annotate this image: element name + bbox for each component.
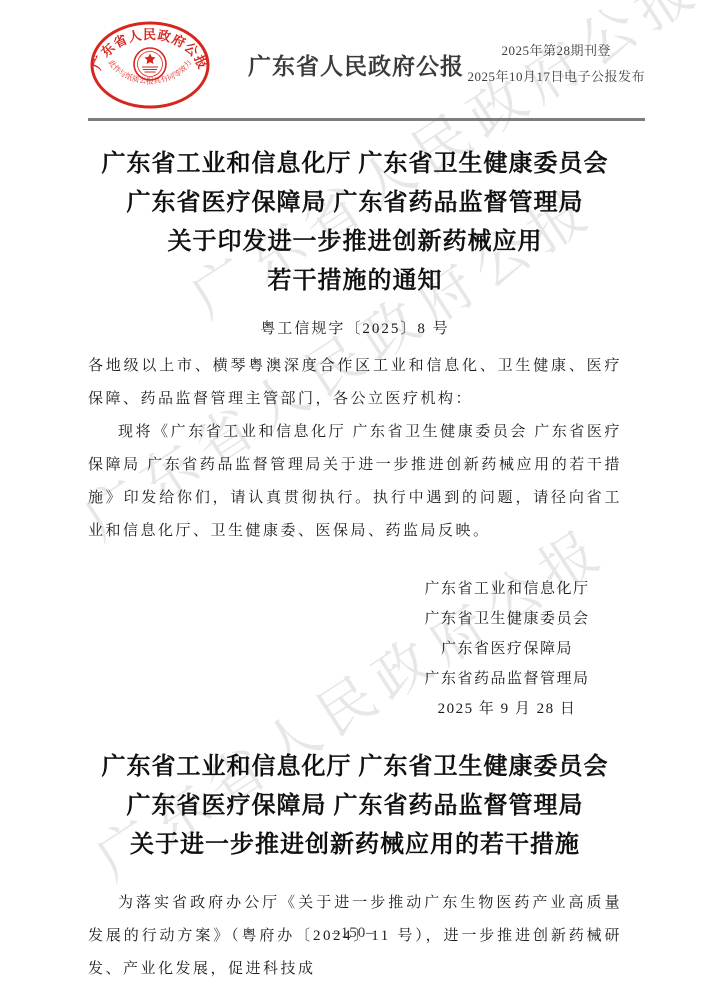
gazette-page: 广东省人民政府公报 广东省人民政府公报 广东省人民政府公报 广东省人民政府公报 … — [0, 0, 707, 999]
measures-title-line: 广东省医疗保障局 广东省药品监督管理局 — [88, 787, 622, 826]
document-number: 粤工信规字〔2025〕8 号 — [88, 317, 622, 338]
notice-body-paragraph: 现将《广东省工业和信息化厅 广东省卫生健康委员会 广东省医疗保障局 广东省药品监… — [88, 416, 622, 548]
notice-title-line: 广东省医疗保障局 广东省药品监督管理局 — [88, 184, 622, 223]
signer-agency: 广东省工业和信息化厅 — [392, 574, 622, 604]
recipients-paragraph: 各地级以上市、横琴粤澳深度合作区工业和信息化、卫生健康、医疗保障、药品监督管理主… — [88, 350, 622, 416]
seal-arc-top-text: 广东省人民政府公报 — [89, 27, 211, 72]
official-seal-svg: 广东省人民政府公报 此件与纸质公报具有同等效力 — [88, 19, 212, 111]
notice-title-line: 若干措施的通知 — [88, 262, 622, 301]
notice-title-line: 关于印发进一步推进创新药械应用 — [88, 223, 622, 262]
measures-title-line: 广东省工业和信息化厅 广东省卫生健康委员会 — [88, 748, 622, 787]
official-seal: 广东省人民政府公报 此件与纸质公报具有同等效力 — [88, 19, 212, 111]
page-number: –150– — [332, 925, 375, 941]
document-body: 广东省工业和信息化厅 广东省卫生健康委员会 广东省医疗保障局 广东省药品监督管理… — [0, 145, 707, 986]
gazette-header: 广东省人民政府公报 此件与纸质公报具有同等效力 广东省人民政府公报 2025年第… — [0, 0, 707, 112]
notice-title-line: 广东省工业和信息化厅 广东省卫生健康委员会 — [88, 145, 622, 184]
signature-block: 广东省工业和信息化厅 广东省卫生健康委员会 广东省医疗保障局 广东省药品监督管理… — [392, 574, 622, 724]
notice-paragraphs: 各地级以上市、横琴粤澳深度合作区工业和信息化、卫生健康、医疗保障、药品监督管理主… — [88, 350, 622, 548]
page-footer: –150– — [0, 925, 707, 942]
issue-number-line: 2025年第28期刊登 — [467, 38, 645, 64]
measures-title: 广东省工业和信息化厅 广东省卫生健康委员会 广东省医疗保障局 广东省药品监督管理… — [88, 748, 622, 865]
signature-date: 2025 年 9 月 28 日 — [392, 694, 622, 724]
national-emblem-icon — [134, 48, 166, 80]
signer-agency: 广东省卫生健康委员会 — [392, 604, 622, 634]
header-divider — [88, 118, 645, 121]
publish-date-line: 2025年10月17日电子公报发布 — [467, 64, 645, 90]
signer-agency: 广东省医疗保障局 — [392, 634, 622, 664]
svg-text:广东省人民政府公报: 广东省人民政府公报 — [89, 27, 211, 72]
measures-title-line: 关于进一步推进创新药械应用的若干措施 — [88, 826, 622, 865]
gazette-masthead-title: 广东省人民政府公报 — [248, 48, 464, 81]
signer-agency: 广东省药品监督管理局 — [392, 664, 622, 694]
notice-title: 广东省工业和信息化厅 广东省卫生健康委员会 广东省医疗保障局 广东省药品监督管理… — [88, 145, 622, 301]
issue-info: 2025年第28期刊登 2025年10月17日电子公报发布 — [467, 38, 645, 90]
